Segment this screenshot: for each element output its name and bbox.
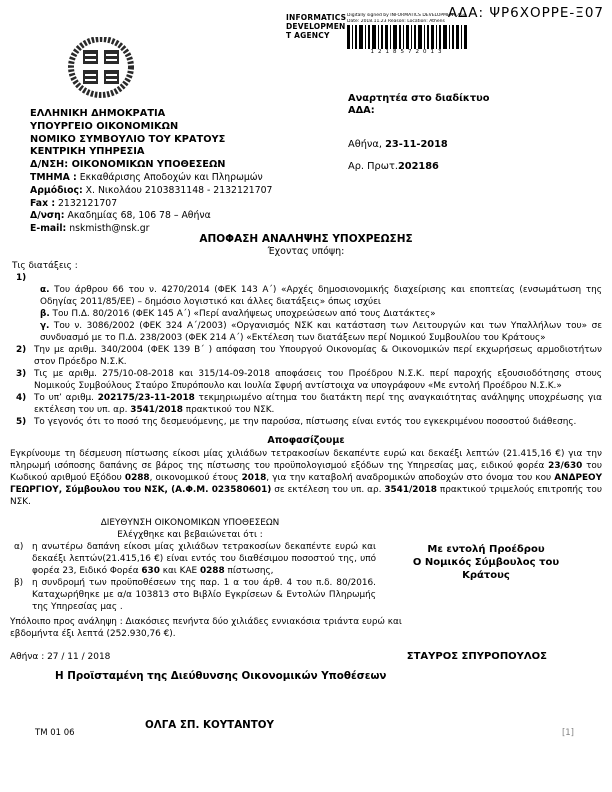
barcode-icon [347, 25, 469, 49]
verification-section: ΔΙΕΥΘΥΝΣΗ ΟΙΚΟΝΟΜΙΚΩΝ ΥΠΟΘΕΣΕΩΝ Ελέγχθηκ… [10, 517, 602, 613]
verification-subheading: Ελέγχθηκε και βεβαιώνεται ότι : [10, 529, 370, 541]
digital-signature-stamp: INFORMATICS DEVELOPMEN T AGENCY Digitall… [286, 13, 469, 55]
subitem-c: γ. Του ν. 3086/2002 (ΦΕΚ 324 Α΄/2003) «Ο… [40, 320, 602, 344]
head-of-directorate-title: Η Προϊσταμένη της Διεύθυνσης Οικονομικών… [55, 670, 602, 682]
subitem-a: α. Του άρθρου 66 του ν. 4270/2014 (ΦΕΚ 1… [40, 284, 602, 308]
document-title: ΑΠΟΦΑΣΗ ΑΝΑΛΗΨΗΣ ΥΠΟΧΡΕΩΣΗΣ [0, 233, 612, 245]
header-field-armodios: Αρμόδιος: Χ. Νικολάου 2103831148 - 21321… [30, 185, 340, 198]
verification-left-column: ΔΙΕΥΘΥΝΣΗ ΟΙΚΟΝΟΜΙΚΩΝ ΥΠΟΘΕΣΕΩΝ Ελέγχθηκ… [10, 517, 390, 613]
publish-note: Αναρτητέα στο διαδίκτυο [348, 93, 489, 105]
list-item: 1) [10, 272, 602, 284]
verification-item: β) η συνδρομή των προϋποθέσεων της παρ. … [10, 577, 390, 613]
org-line: ΕΛΛΗΝΙΚΗ ΔΗΜΟΚΡΑΤΙΑ [30, 108, 340, 121]
signature-row: Αθήνα : 27 / 11 / 2018 ΣΤΑΥΡΟΣ ΣΠΥΡΟΠΟΥΛ… [10, 651, 602, 663]
issuing-authority-block: ΕΛΛΗΝΙΚΗ ΔΗΜΟΚΡΑΤΙΑ ΥΠΟΥΡΓΕΙΟ ΟΙΚΟΝΟΜΙΚΩ… [30, 108, 340, 236]
remainder-paragraph: Υπόλοιπο προς ανάληψη : Διακόσιες πενήντ… [10, 616, 412, 640]
decision-paragraph: Εγκρίνουμε τη δέσμευση πίστωσης είκοσι μ… [10, 448, 602, 508]
ada-label: ΑΔΑ: [348, 105, 489, 117]
verification-heading: ΔΙΕΥΘΥΝΣΗ ΟΙΚΟΝΟΜΙΚΩΝ ΥΠΟΘΕΣΕΩΝ [10, 517, 370, 529]
closing-date: Αθήνα : 27 / 11 / 2018 [10, 651, 110, 663]
org-line: ΚΕΝΤΡΙΚΗ ΥΠΗΡΕΣΙΑ [30, 146, 340, 159]
header-field-fax: Fax : 2132121707 [30, 198, 340, 211]
list-item: 4) Το υπ’ αριθμ. 202175/23-11-2018 τεκμη… [10, 392, 602, 416]
signature-agency-name: INFORMATICS DEVELOPMEN T AGENCY [286, 13, 344, 40]
barcode-digits: 1218572013 [347, 49, 469, 55]
org-line: Δ/ΝΣΗ: ΟΙΚΟΝΟΜΙΚΩΝ ΥΠΟΘΕΣΕΩΝ [30, 159, 340, 172]
document-page: INFORMATICS DEVELOPMEN T AGENCY Digitall… [0, 0, 612, 792]
list-item: 5) Το γεγονός ότι το ποσό της δεσμευόμεν… [10, 416, 602, 428]
list-item: 2) Την με αριθμ. 340/2004 (ΦΕΚ 139 Β΄ ) … [10, 344, 602, 368]
document-body: Τις διατάξεις : 1) α. Του άρθρου 66 του … [10, 260, 602, 731]
protocol-line: Αρ. Πρωτ.202186 [348, 161, 489, 173]
subitem-b: β. Του Π.Δ. 80/2016 (ΦΕΚ 145 Α΄) «Περί α… [40, 308, 602, 320]
document-meta-block: Αναρτητέα στο διαδίκτυο ΑΔΑ: Αθήνα, 23-1… [348, 93, 489, 173]
head-of-directorate-name: ΟΛΓΑ ΣΠ. ΚΟΥΤΑΝΤΟΥ [145, 719, 602, 731]
greek-emblem-icon [68, 37, 134, 99]
intro-line: Τις διατάξεις : [12, 260, 602, 272]
document-subtitle: Έχοντας υπόψη: [0, 246, 612, 257]
date-line: Αθήνα, 23-11-2018 [348, 139, 489, 151]
header-field-address: Δ/νση: Ακαδημίας 68, 106 78 – Αθήνα [30, 210, 340, 223]
footer-code: ΤΜ 01 06 [35, 728, 75, 738]
ada-code: ΑΔΑ: ΨΡ6ΧΟΡΡΕ-Ξ07 [448, 5, 604, 21]
list-item-1-subitems: α. Του άρθρου 66 του ν. 4270/2014 (ΦΕΚ 1… [40, 284, 602, 344]
header-field-tmima: ΤΜΗΜΑ : Εκκαθάρισης Αποδοχών και Πληρωμώ… [30, 172, 340, 185]
decision-heading: Αποφασίζουμε [10, 435, 602, 447]
org-line: ΝΟΜΙΚΟ ΣΥΜΒΟΥΛΙΟ ΤΟΥ ΚΡΑΤΟΥΣ [30, 134, 340, 147]
verification-item: α) η ανωτέρω δαπάνη είκοσι μίας χιλιάδων… [10, 541, 390, 577]
org-line: ΥΠΟΥΡΓΕΙΟ ΟΙΚΟΝΟΜΙΚΩΝ [30, 121, 340, 134]
list-item: 3) Τις με αριθμ. 275/10-08-2018 και 315/… [10, 368, 602, 392]
by-order-block: Με εντολή Προέδρου Ο Νομικός Σύμβουλος τ… [390, 517, 602, 613]
signer-name: ΣΤΑΥΡΟΣ ΣΠΥΡΟΠΟΥΛΟΣ [407, 651, 547, 663]
footer-page-number: [1] [562, 728, 574, 738]
